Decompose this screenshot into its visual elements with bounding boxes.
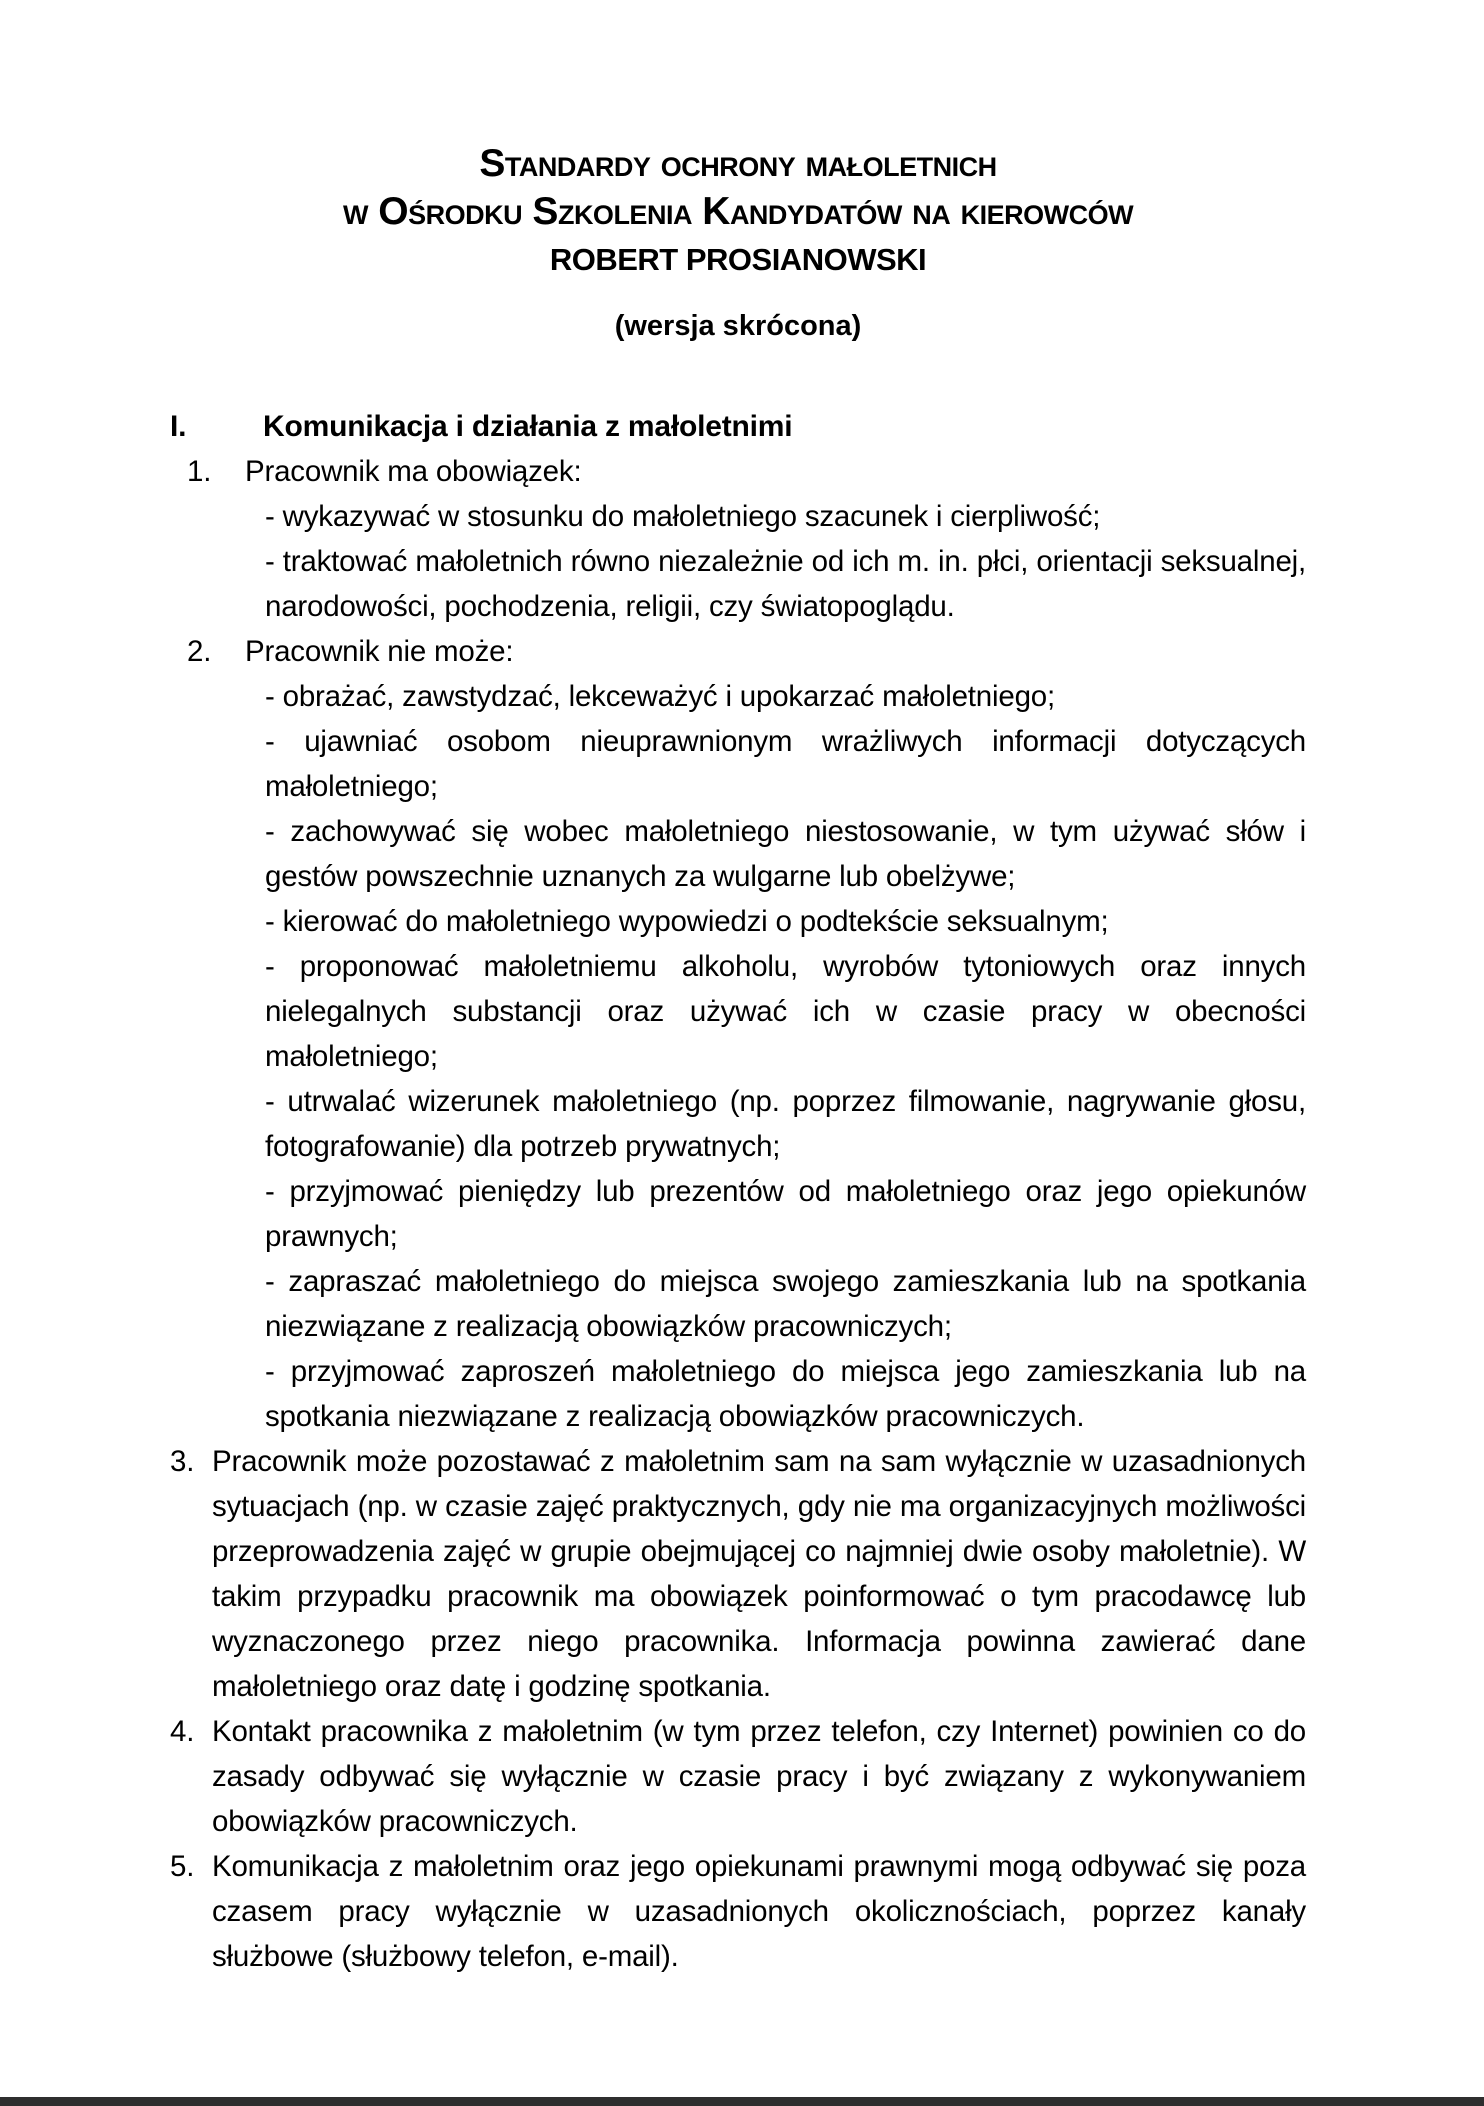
list-item-number: 2.	[187, 629, 245, 674]
sub-list-item: - zachowywać się wobec małoletniego nies…	[265, 809, 1306, 899]
sub-list-item: - utrwalać wizerunek małoletniego (np. p…	[265, 1079, 1306, 1169]
document-title: Standardy ochrony małoletnich w Ośrodku …	[170, 140, 1306, 284]
document-page: Standardy ochrony małoletnich w Ośrodku …	[0, 0, 1484, 2106]
section-communication: I. Komunikacja i działania z małoletnimi…	[170, 404, 1306, 1979]
title-line-3: ROBERT PROSIANOWSKI	[170, 236, 1306, 284]
list-item-text: Kontakt pracownika z małoletnim (w tym p…	[212, 1709, 1306, 1844]
sub-list-item: - obrażać, zawstydzać, lekceważyć i upok…	[265, 674, 1306, 719]
sub-list-item: - ujawniać osobom nieuprawnionym wrażliw…	[265, 719, 1306, 809]
list-item-number: 1.	[187, 449, 245, 494]
list-item-text: Pracownik nie może:	[245, 629, 1306, 674]
sub-list-item: - przyjmować pieniędzy lub prezentów od …	[265, 1169, 1306, 1259]
list-item-number: 5.	[170, 1844, 212, 1979]
sub-list-item: - przyjmować zaproszeń małoletniego do m…	[265, 1349, 1306, 1439]
sub-list-item: - kierować do małoletniego wypowiedzi o …	[265, 899, 1306, 944]
sub-list-item: - zapraszać małoletniego do miejsca swoj…	[265, 1259, 1306, 1349]
list-item: 5. Komunikacja z małoletnim oraz jego op…	[170, 1844, 1306, 1979]
section-heading: I. Komunikacja i działania z małoletnimi	[170, 404, 1306, 449]
list-item-number: 4.	[170, 1709, 212, 1844]
list-item-text: Pracownik może pozostawać z małoletnim s…	[212, 1439, 1306, 1709]
sub-list-item: - proponować małoletniemu alkoholu, wyro…	[265, 944, 1306, 1079]
sub-list: - wykazywać w stosunku do małoletniego s…	[170, 494, 1306, 629]
sub-list-item: - traktować małoletnich równo niezależni…	[265, 539, 1306, 629]
list-item: 4. Kontakt pracownika z małoletnim (w ty…	[170, 1709, 1306, 1844]
list-item-text: Pracownik ma obowiązek:	[245, 449, 1306, 494]
list-item-number: 3.	[170, 1439, 212, 1709]
list-item: 3. Pracownik może pozostawać z małoletni…	[170, 1439, 1306, 1709]
title-line-1: Standardy ochrony małoletnich	[170, 140, 1306, 188]
page-bottom-edge-bar	[0, 2097, 1484, 2106]
list-item: 2. Pracownik nie może:	[170, 629, 1306, 674]
sub-list: - obrażać, zawstydzać, lekceważyć i upok…	[170, 674, 1306, 1439]
section-numeral: I.	[170, 404, 263, 449]
list-item-text: Komunikacja z małoletnim oraz jego opiek…	[212, 1844, 1306, 1979]
title-line-2: w Ośrodku Szkolenia Kandydatów na kierow…	[170, 188, 1306, 236]
sub-list-item: - wykazywać w stosunku do małoletniego s…	[265, 494, 1306, 539]
section-heading-text: Komunikacja i działania z małoletnimi	[263, 404, 792, 449]
document-subtitle: (wersja skrócona)	[170, 306, 1306, 346]
numbered-list: 1. Pracownik ma obowiązek: - wykazywać w…	[170, 449, 1306, 1979]
list-item: 1. Pracownik ma obowiązek:	[170, 449, 1306, 494]
